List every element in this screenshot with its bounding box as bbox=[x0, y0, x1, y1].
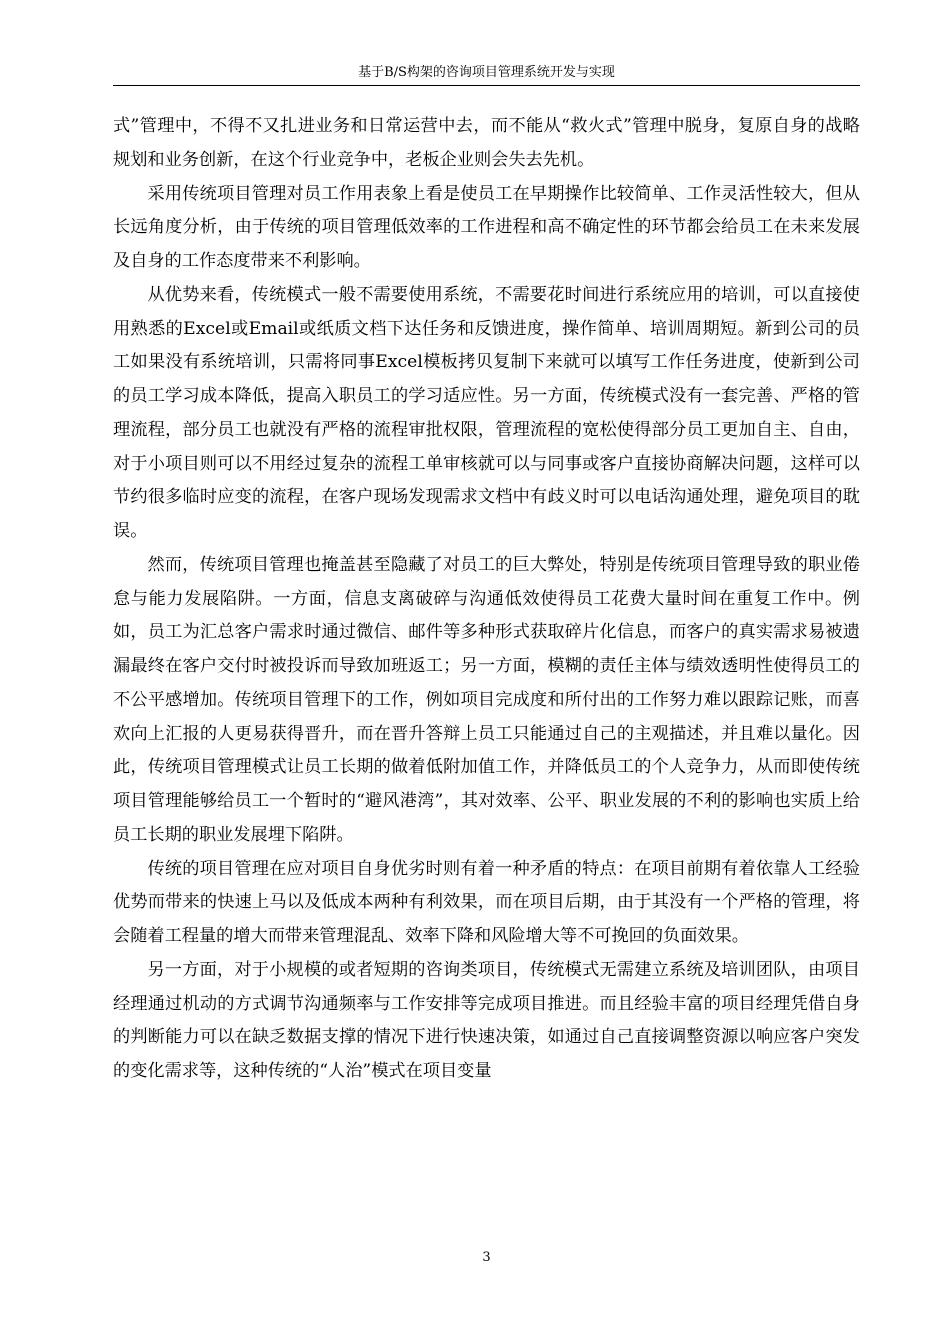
running-header: 基于B/S构架的咨询项目管理系统开发与实现 bbox=[113, 64, 860, 82]
body-text: 式”管理中，不得不又扎进业务和日常运营中去，而不能从“救火式”管理中脱身，复原自… bbox=[113, 110, 860, 1089]
paragraph-1: 式”管理中，不得不又扎进业务和日常运营中去，而不能从“救火式”管理中脱身，复原自… bbox=[113, 110, 860, 178]
paragraph-5: 传统的项目管理在应对项目自身优劣时则有着一种矛盾的特点：在项目前期有着依靠人工经… bbox=[113, 853, 860, 954]
paragraph-6: 另一方面，对于小规模的或者短期的咨询类项目，传统模式无需建立系统及培训团队，由项… bbox=[113, 954, 860, 1089]
paragraph-2: 采用传统项目管理对员工作用表象上看是使员工在早期操作比较简单、工作灵活性较大，但… bbox=[113, 178, 860, 279]
paragraph-4: 然而，传统项目管理也掩盖甚至隐藏了对员工的巨大弊处，特别是传统项目管理导致的职业… bbox=[113, 549, 860, 853]
paragraph-3: 从优势来看，传统模式一般不需要使用系统，不需要花时间进行系统应用的培训，可以直接… bbox=[113, 279, 860, 549]
header-divider bbox=[113, 85, 860, 86]
page-number: 3 bbox=[113, 1250, 860, 1266]
